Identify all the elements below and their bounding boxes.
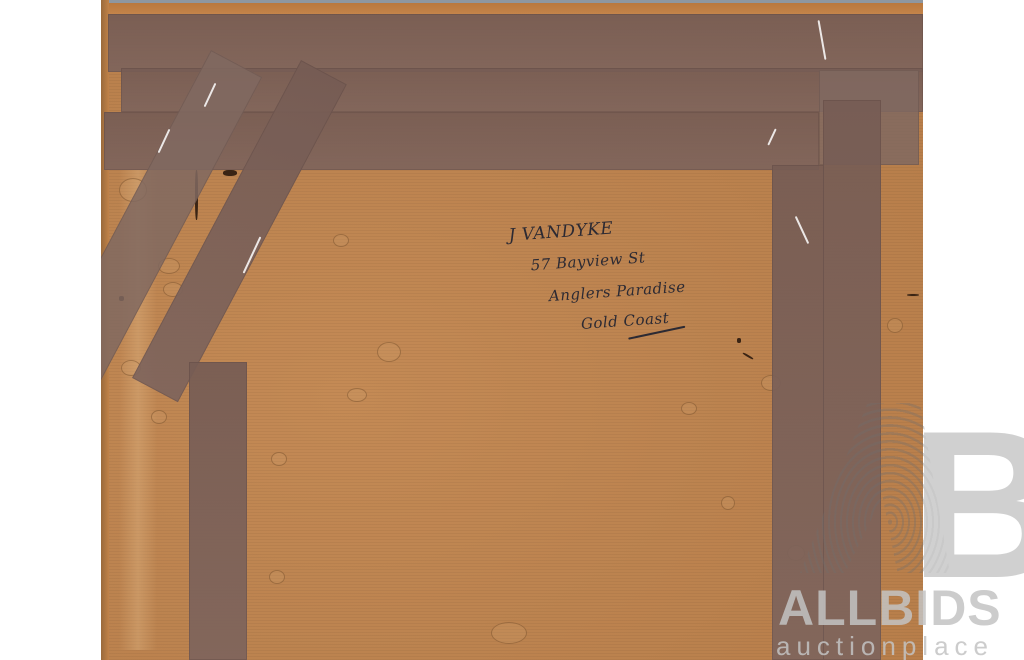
pin-mark <box>737 338 741 343</box>
water-stain <box>721 496 735 510</box>
pin-mark <box>907 294 919 296</box>
inscription-suburb: Anglers Paradise <box>548 278 686 306</box>
inscription-street: 57 Bayview St <box>530 248 646 274</box>
inscription-city: Gold Coast <box>580 309 669 333</box>
frame-top-edge <box>101 0 923 14</box>
watermark-logo-letter: B <box>910 400 1024 610</box>
water-stain <box>269 570 285 584</box>
tape-vertical-left <box>189 362 247 660</box>
water-stain <box>151 410 167 424</box>
water-stain <box>333 234 349 247</box>
water-stain <box>347 388 367 402</box>
tape-vertical-right-1 <box>772 165 824 660</box>
water-stain <box>681 402 697 415</box>
water-stain <box>271 452 287 466</box>
water-stain <box>887 318 903 333</box>
inscription-name: J VANDYKE <box>508 219 614 246</box>
paper-tear <box>223 170 237 176</box>
water-stain <box>491 622 527 644</box>
handwritten-inscription: J VANDYKE 57 Bayview St Anglers Paradise… <box>507 202 736 357</box>
water-stain <box>377 342 401 362</box>
artwork-backing-photo: J VANDYKE 57 Bayview St Anglers Paradise… <box>101 0 923 660</box>
pin-mark <box>742 352 753 360</box>
tape-vertical-right-2 <box>823 100 881 660</box>
